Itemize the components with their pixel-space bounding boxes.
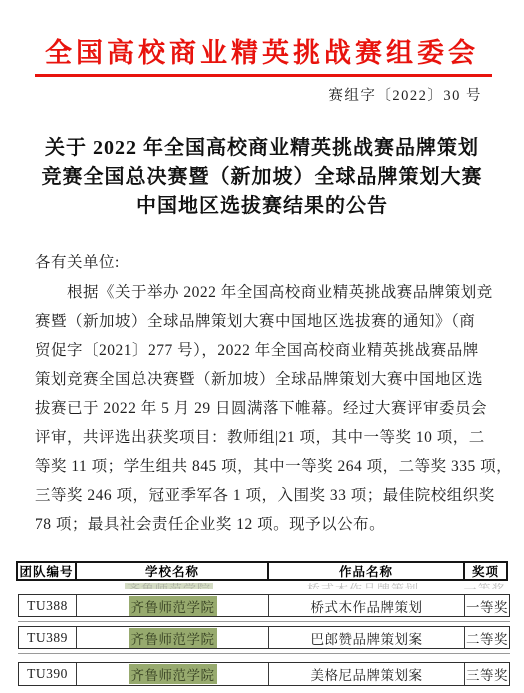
results-table-header: 团队编号 学校名称 作品名称 奖项 [16,561,508,581]
table-row: TU389 齐鲁师范学院 巴郎赞品牌策划案 二等奖 [18,626,510,649]
notice-title-line-2: 竞赛全国总决赛暨（新加坡）全球品牌策划大赛 [20,163,504,192]
team-id-cell: TU388 [19,595,76,616]
school-cell: 齐鲁师范学院 [76,595,268,616]
body-line: 78 项；最具社会责任企业奖 12 项。现予以公布。 [35,510,495,539]
work-cell: 巴郎赞品牌策划案 [268,627,464,648]
document-page: 全国高校商业精英挑战赛组委会 赛组字〔2022〕30 号 关于 2022 年全国… [0,0,524,693]
row-crop-sliver [18,653,510,654]
red-divider [35,74,492,77]
header-cell-award: 奖项 [463,563,506,579]
header-cell-team-id: 团队编号 [18,563,75,579]
doc-number: 赛组字〔2022〕30 号 [328,84,482,105]
team-id-cell: TU390 [19,663,76,685]
issuer-title: 全国高校商业精英挑战赛组委会 [0,31,524,70]
award-cell: 二等奖 [464,627,509,648]
school-cell: 齐鲁师范学院 [76,627,268,648]
body-line: 三等奖 246 项，冠亚季军各 1 项，入围奖 33 项；最佳院校组织奖 [35,481,495,510]
work-cell: 美格尼品牌策划案 [268,663,464,685]
header-cell-work: 作品名称 [267,563,463,579]
school-highlight: 齐鲁师范学院 [129,628,217,648]
award-cell: 三等奖 [464,663,509,685]
award-cell: 一等奖 [464,595,509,616]
body-paragraph: 根据《关于举办 2022 年全国高校商业精英挑战赛品牌策划竞 赛暨（新加坡）全球… [35,278,495,539]
clipped-row-fragment: 齐鲁师范学院 桥式木作品牌策划 一等奖 [16,583,508,589]
body-line: 拔赛已于 2022 年 5 月 29 日圆满落下帷幕。经过大赛评审委员会 [35,394,495,423]
fragment-team-id-cell [16,583,73,589]
fragment-work-cell: 桥式木作品牌策划 [265,583,461,589]
table-row: TU390 齐鲁师范学院 美格尼品牌策划案 三等奖 [18,662,510,686]
fragment-award-cell: 一等奖 [461,583,508,589]
body-line: 评审，共评选出获奖项目：教师组|21 项，其中一等奖 10 项，二 [35,423,495,452]
body-line: 贸促字〔2021〕277 号），2022 年全国高校商业精英挑战赛品牌 [35,336,495,365]
body-line: 根据《关于举办 2022 年全国高校商业精英挑战赛品牌策划竞 [35,278,495,307]
school-cell: 齐鲁师范学院 [76,663,268,685]
notice-title: 关于 2022 年全国高校商业精英挑战赛品牌策划 竞赛全国总决赛暨（新加坡）全球… [20,134,504,221]
school-highlight: 齐鲁师范学院 [129,664,217,684]
work-cell: 桥式木作品牌策划 [268,595,464,616]
fragment-school-cell: 齐鲁师范学院 [73,583,265,589]
body-line: 策划竞赛全国总决赛暨（新加坡）全球品牌策划大赛中国地区选 [35,365,495,394]
body-line: 等奖 11 项；学生组共 845 项，其中一等奖 264 项，二等奖 335 项… [35,452,495,481]
salutation: 各有关单位: [35,250,120,272]
team-id-cell: TU389 [19,627,76,648]
notice-title-line-1: 关于 2022 年全国高校商业精英挑战赛品牌策划 [20,134,504,163]
body-line: 赛暨（新加坡）全球品牌策划大赛中国地区选拔赛的通知》（商 [35,307,495,336]
notice-title-line-3: 中国地区选拔赛结果的公告 [20,192,504,221]
row-crop-sliver [18,621,510,622]
table-row: TU388 齐鲁师范学院 桥式木作品牌策划 一等奖 [18,594,510,617]
header-cell-school: 学校名称 [75,563,267,579]
school-highlight: 齐鲁师范学院 [129,596,217,616]
